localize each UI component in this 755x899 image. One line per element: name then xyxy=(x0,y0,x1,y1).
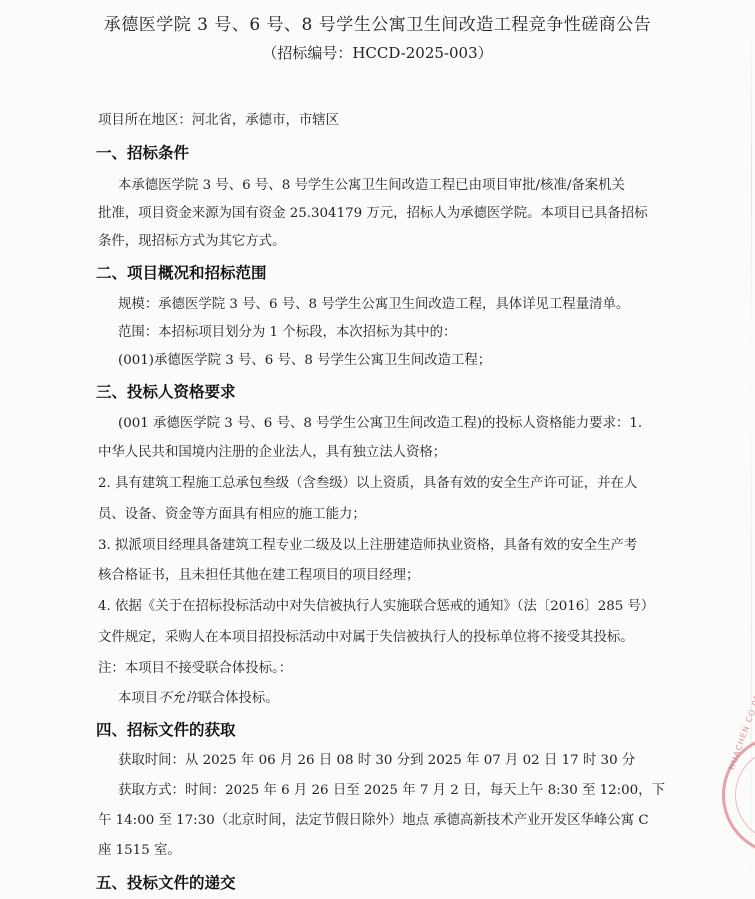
section-heading-obtain-documents: 四、招标文件的获取 xyxy=(96,719,236,741)
section-heading-submit-bids: 五、投标文件的递交 xyxy=(96,872,236,894)
paragraph-line: 获取时间：从 2025 年 06 月 26 日 08 时 30 分到 2025 … xyxy=(118,751,635,771)
consortium-note: 本项目不允许联合体投标。 xyxy=(118,689,279,709)
scanned-document-page: 承德医学院 3 号、6 号、8 号学生公寓卫生间改造工程竞争性磋商公告 （招标编… xyxy=(0,0,755,899)
paragraph-line: 4. 依据《关于在招标投标活动中对失信被执行人实施联合惩戒的通知》（法〔2016… xyxy=(98,597,654,617)
paragraph-line: 文件规定，采购人在本项目招投标活动中对属于失信被执行人的投标单位将不接受其投标。 xyxy=(98,628,634,648)
consortium-note-suffix: 联合体投标。 xyxy=(198,691,278,706)
note-line: 注：本项目不接受联合体投标。： xyxy=(98,659,292,679)
paragraph-line: 核合格证书，且未担任其他在建工程项目的项目经理； xyxy=(98,566,419,586)
paragraph-line: 本承德医学院 3 号、6 号、8 号学生公寓卫生间改造工程已由项目审批/核准/备… xyxy=(118,176,625,196)
section-heading-project-overview: 二、项目概况和招标范围 xyxy=(96,262,267,284)
paragraph-line: 范围：本招标项目划分为 1 个标段，本次招标为其中的： xyxy=(118,323,456,343)
company-seal-stamp: HUACHEN CO 0010 xyxy=(722,735,755,855)
section-heading-tender-conditions: 一、招标条件 xyxy=(96,142,189,164)
consortium-note-prefix: 本项目 xyxy=(118,691,158,706)
section-heading-bidder-qualifications: 三、投标人资格要求 xyxy=(96,381,236,403)
paragraph-line: 中华人民共和国境内注册的企业法人，具有独立法人资格； xyxy=(98,443,446,463)
project-location: 项目所在地区：河北省，承德市，市辖区 xyxy=(98,111,339,131)
paragraph-line: 员、设备、资金等方面具有相应的施工能力； xyxy=(98,505,366,525)
paragraph-line: 获取方式：时间：2025 年 6 月 26 日至 2025 年 7 月 2 日，… xyxy=(118,781,665,801)
paragraph-line: 2. 具有建筑工程施工总承包叁级（含叁级）以上资质，具备有效的安全生产许可证，并… xyxy=(98,474,637,494)
paragraph-line: 座 1515 室。 xyxy=(98,841,181,861)
document-title: 承德医学院 3 号、6 号、8 号学生公寓卫生间改造工程竞争性磋商公告 xyxy=(0,10,755,35)
paragraph-line: 规模：承德医学院 3 号、6 号、8 号学生公寓卫生间改造工程，具体详见工程量清… xyxy=(118,295,629,315)
paragraph-line: 批准，项目资金来源为国有资金 25.304179 万元，招标人为承德医学院。本项… xyxy=(98,204,648,224)
paragraph-line: (001 承德医学院 3 号、6 号、8 号学生公寓卫生间改造工程)的投标人资格… xyxy=(118,414,642,434)
paragraph-line: 午 14:00 至 17:30（北京时间，法定节假日除外）地点 承德高新技术产业… xyxy=(98,811,649,831)
paragraph-line: 3. 拟派项目经理具备建筑工程专业二级及以上注册建造师执业资格，具备有效的安全生… xyxy=(98,536,637,556)
consortium-note-emphasis: 不允许 xyxy=(158,691,198,706)
paragraph-line: (001)承德医学院 3 号、6 号、8 号学生公寓卫生间改造工程； xyxy=(118,351,491,371)
tender-number: （招标编号：HCCD-2025-003） xyxy=(0,42,755,63)
paragraph-line: 条件，现招标方式为其它方式。 xyxy=(98,232,285,252)
